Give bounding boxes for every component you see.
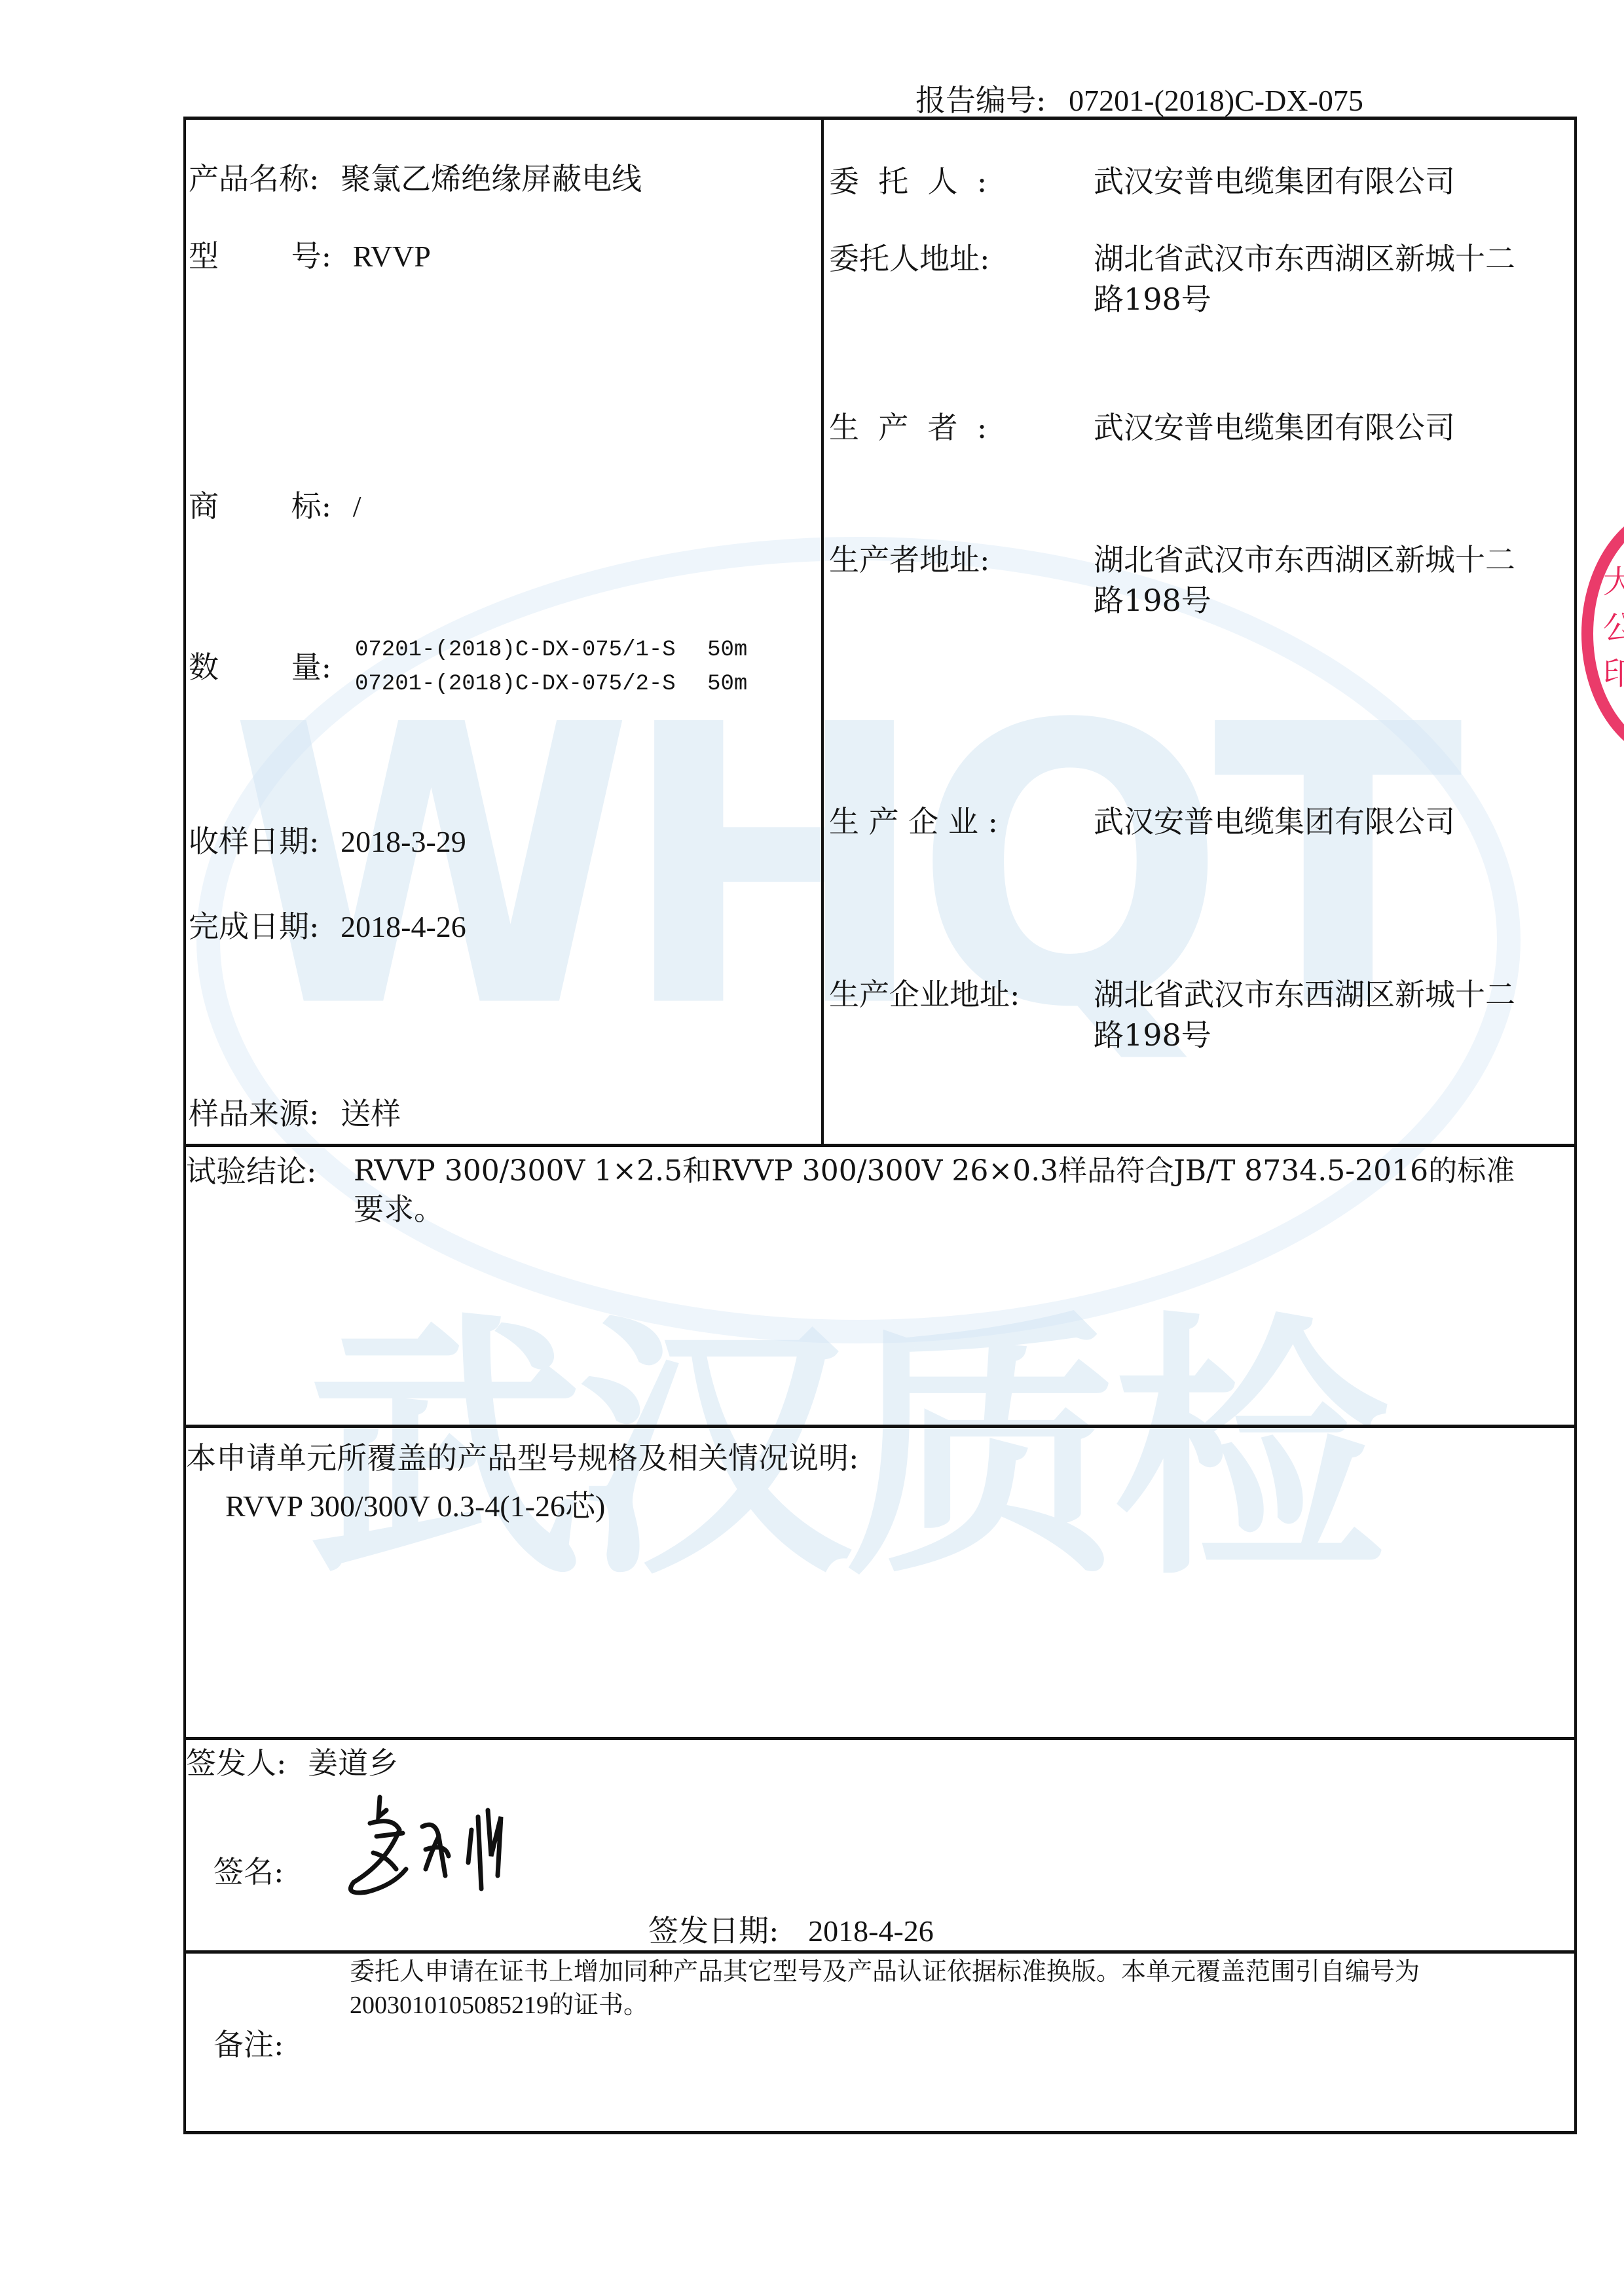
report-number: 报告编号: 07201-(2018)C-DX-075 [915,81,1363,120]
conclusion-line1: RVVP 300/300V 1×2.5和RVVP 300/300V 26×0.3… [354,1152,1515,1190]
issuer-field: 签发人: 姜道乡 [186,1744,398,1782]
coverage-value: RVVP 300/300V 0.3-4(1-26芯) [225,1487,605,1525]
watermark-text: 武汉质检 [308,1231,1382,1626]
quantity-label: 数 量: [189,648,331,686]
stamp-char: 印 [1603,648,1624,693]
divider-issuer [183,1737,1577,1740]
model-value: RVVP [353,240,431,273]
watermark-logo: WHQT [229,644,1450,1093]
table-top-border [183,117,1577,120]
column-divider [821,117,824,1146]
trademark-value: / [353,490,361,523]
quantity-code: 07201-(2018)C-DX-075/2-S [355,672,676,697]
manufacturer-address-label: 生产企业地址: [829,975,1020,1013]
table-right-border [1574,117,1577,2134]
divider-conclusion [183,1144,1577,1147]
quantity-amount: 50m [707,638,747,663]
report-number-value: 07201-(2018)C-DX-075 [1069,84,1363,117]
conclusion-label: 试验结论: [186,1152,317,1190]
producer-address-line1: 湖北省武汉市东西湖区新城十二 [1094,541,1515,579]
producer-value: 武汉安普电缆集团有限公司 [1094,409,1455,446]
producer-address-line2: 路198号 [1094,581,1211,619]
manufacturer-label: 生 产 企 业 : [829,803,998,841]
sample-source-value: 送样 [341,1096,401,1131]
received-date-field: 收样日期: 2018-3-29 [189,822,466,861]
trademark-label-b: 标: [291,488,332,524]
divider-remarks [183,1950,1577,1954]
stamp-char: 公 [1603,602,1624,647]
producer-label: 生 产 者 : [829,409,987,446]
quantity-item: 07201-(2018)C-DX-075/2-S 50m [355,668,747,701]
issuer-name: 姜道乡 [308,1745,398,1781]
model-label-a: 型 [189,238,219,274]
completed-date-value: 2018-4-26 [341,910,466,943]
table-left-border [183,117,186,2134]
issue-date-label: 签发日期: [648,1913,779,1948]
remarks-line2: 2003010105085219的证书。 [350,1989,648,2022]
manufacturer-value: 武汉安普电缆集团有限公司 [1094,803,1455,841]
product-name-field: 产品名称: 聚氯乙烯绝缘屏蔽电线 [189,160,642,198]
manufacturer-address-line2: 路198号 [1094,1016,1211,1054]
manufacturer-address-line1: 湖北省武汉市东西湖区新城十二 [1094,975,1515,1013]
client-address-line1: 湖北省武汉市东西湖区新城十二 [1094,240,1515,278]
remarks-line1: 委托人申请在证书上增加同种产品其它型号及产品认证依据标准换版。本单元覆盖范围引自… [350,1955,1420,1988]
client-label: 委 托 人 : [829,162,987,200]
product-name-value: 聚氯乙烯绝缘屏蔽电线 [341,161,642,196]
sample-source-label: 样品来源: [189,1096,320,1131]
quantity-label-b: 量: [291,649,332,685]
sample-source-field: 样品来源: 送样 [189,1095,401,1133]
stamp-char: 大 [1603,556,1624,602]
product-name-label: 产品名称: [189,161,320,196]
client-address-line2: 路198号 [1094,280,1211,318]
client-value: 武汉安普电缆集团有限公司 [1094,162,1455,200]
remarks-label: 备注: [213,2026,284,2064]
completed-date-field: 完成日期: 2018-4-26 [189,907,466,946]
received-date-value: 2018-3-29 [341,825,466,858]
quantity-amount: 50m [707,672,747,697]
signature-label: 签名: [213,1853,284,1891]
coverage-title: 本申请单元所覆盖的产品型号规格及相关情况说明: [186,1439,859,1477]
quantity-label-a: 数 [189,649,219,685]
table-bottom-border [183,2131,1577,2134]
completed-date-label: 完成日期: [189,909,320,944]
conclusion-line2: 要求。 [354,1190,444,1228]
received-date-label: 收样日期: [189,824,320,859]
issue-date-value: 2018-4-26 [808,1914,934,1948]
divider-coverage [183,1425,1577,1428]
trademark-field: 商 标: / [189,487,361,526]
client-address-label: 委托人地址: [829,240,990,278]
quantity-item: 07201-(2018)C-DX-075/1-S 50m [355,634,747,666]
model-field: 型 号: RVVP [189,237,431,276]
trademark-label-a: 商 [189,488,219,524]
quantity-code: 07201-(2018)C-DX-075/1-S [355,638,676,663]
handwritten-signature [341,1791,550,1902]
issuer-label: 签发人: [186,1745,287,1781]
report-number-label: 报告编号: [915,82,1046,118]
issue-date-field: 签发日期: 2018-4-26 [648,1912,934,1950]
producer-address-label: 生产者地址: [829,541,990,579]
model-label-b: 号: [291,238,332,274]
